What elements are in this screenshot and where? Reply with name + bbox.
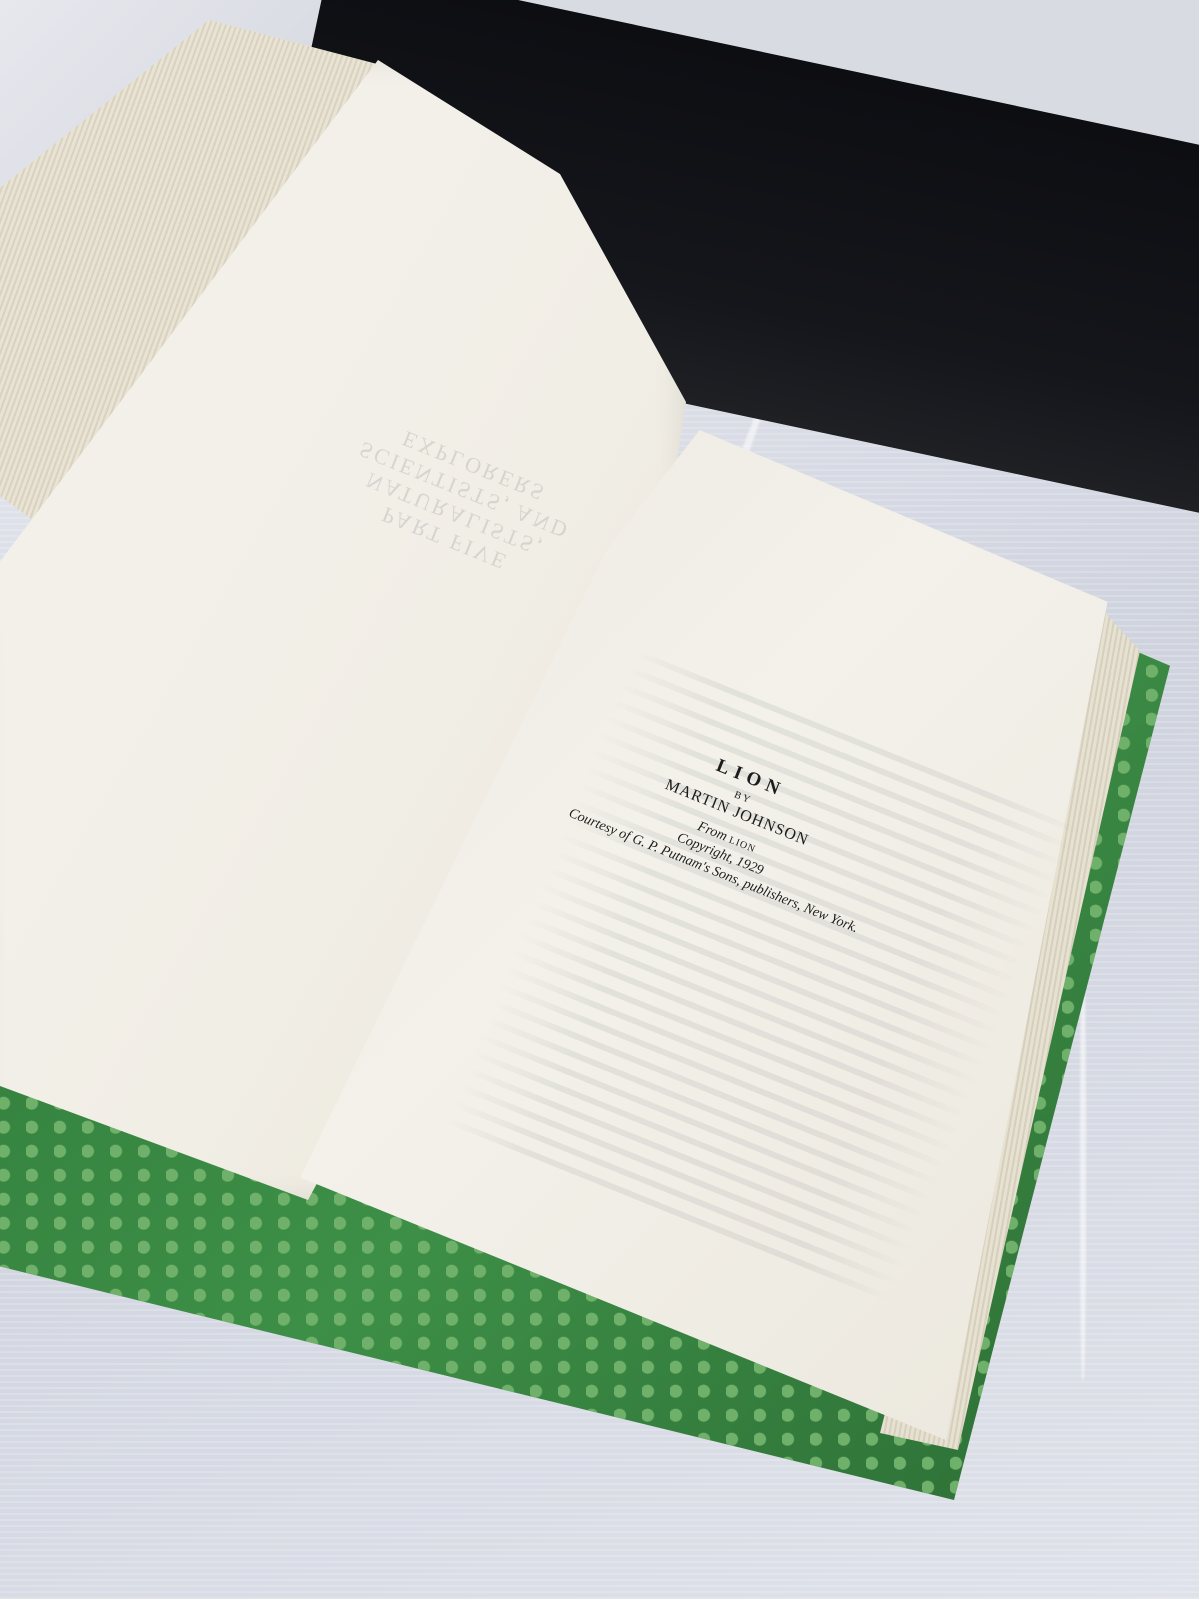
photo-scene: PART FIVE NATURALISTS, SCIENTISTS, AND E… <box>0 0 1199 1599</box>
plastic-reflection <box>1080 960 1086 1380</box>
